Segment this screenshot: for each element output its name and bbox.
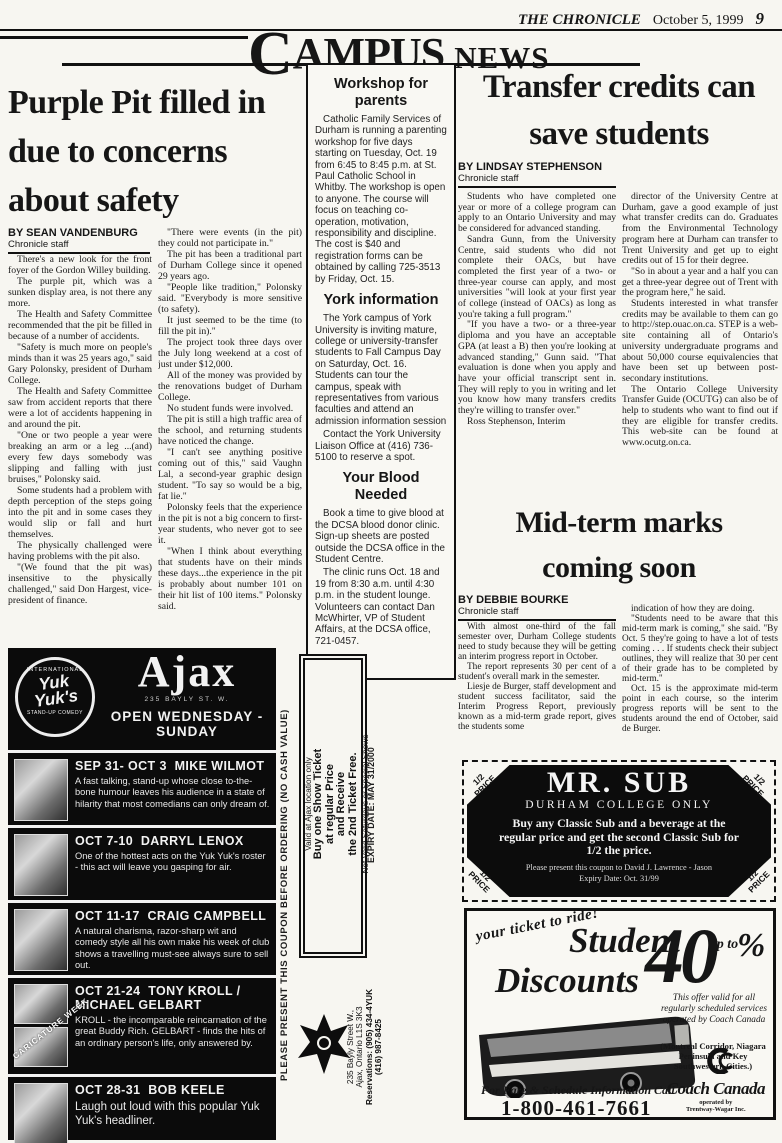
paragraph: Polonsky feels that the experience in th…: [158, 502, 302, 546]
coach-phone-number: 1-800-461-7661: [501, 1096, 651, 1120]
comedian-photo: [14, 759, 68, 821]
notice-title-york: York information: [315, 292, 447, 309]
paragraph: All of the money was provided by the ren…: [158, 370, 302, 403]
paragraph: "People like tradition," Polonsky said. …: [158, 282, 302, 315]
article-headline-purple-pit: Purple Pit filled in due to concerns abo…: [8, 78, 310, 225]
coach-canada-logo-icon: [695, 1048, 737, 1074]
lineup-name: MIKE WILMOT: [175, 759, 265, 773]
lineup-blurb: KROLL - the incomparable reincarnation o…: [75, 1015, 270, 1049]
article-headline-transfer: Transfer credits can save students: [460, 64, 778, 158]
paragraph: Oct. 15 is the approximate mid-term poin…: [622, 684, 778, 734]
coupon-offer-line-3: and Receive: [336, 660, 348, 948]
notice-title-blood: Your Blood Needed: [315, 470, 447, 504]
lineup-row: OCT 7-10 DARRYL LENOX One of the hottest…: [8, 828, 276, 903]
paragraph: Contact the York University Liaison Offi…: [315, 429, 447, 463]
paragraph: Ross Stephenson, Interim: [458, 417, 616, 428]
paragraph: Book a time to give blood at the DCSA bl…: [315, 508, 447, 565]
paragraph: The physically challenged were having pr…: [8, 540, 152, 562]
reservations-line-2: (416) 987-8425: [374, 956, 383, 1138]
purple-pit-column-1: There's a new look for the front foyer o…: [8, 254, 152, 646]
paragraph: Students who have completed one year or …: [458, 192, 616, 235]
lineup-text: SEP 31- OCT 3 MIKE WILMOT A fast talking…: [75, 759, 270, 821]
paragraph: The pit has been a traditional part of D…: [158, 249, 302, 282]
byline-author: BY SEAN VANDENBURG: [8, 227, 150, 239]
lineup-blurb: Laugh out loud with this popular Yuk Yuk…: [75, 1100, 270, 1128]
address-content: 235 Bayly Street W., Ajax, Ontario L1S 3…: [346, 956, 382, 1138]
coupon-present-notice: PLEASE PRESENT THIS COUPON BEFORE ORDERI…: [279, 652, 296, 1138]
coach-operated-by: operated by: [667, 1099, 765, 1106]
byline-credit: Chronicle staff: [458, 173, 616, 184]
yukyuks-ad: INTERNATIONAL Yuk Yuk's STAND-UP COMEDY …: [8, 648, 276, 1140]
comedian-photo: [14, 909, 68, 971]
coach-percent-block: % 40: [645, 911, 775, 1001]
notice-body-workshop: Catholic Family Services of Durham is ru…: [315, 114, 447, 285]
lineup-title: OCT 21-24 TONY KROLL / MICHAEL GELBART: [75, 984, 270, 1012]
paragraph: "I can't see anything positive coming ou…: [158, 447, 302, 502]
paragraph: "One or two people a year were breaking …: [8, 430, 152, 485]
comedian-photo: [14, 1083, 68, 1143]
byline-credit: Chronicle staff: [458, 606, 616, 617]
coach-valid-text: This offer valid for all regularly sched…: [655, 993, 773, 1026]
paragraph: There's a new look for the front foyer o…: [8, 254, 152, 276]
paragraph: Sandra Gunn, from the University Centre,…: [458, 235, 616, 321]
reservations-line-1: Reservations: (905) 434-4YUK: [365, 956, 374, 1138]
issue-date: October 5, 1999: [653, 13, 744, 29]
article-headline-midterm: Mid-term marks coming soon: [468, 500, 770, 590]
lineup-row: SEP 31- OCT 3 MIKE WILMOT A fast talking…: [8, 753, 276, 828]
lineup-row: OCT 11-17 CRAIG CAMPBELL A natural chari…: [8, 903, 276, 978]
mrsub-present-line: Please present this coupon to David J. L…: [467, 863, 771, 872]
purple-pit-column-2: "There were events (in the pit) they cou…: [158, 227, 302, 646]
midterm-column-2: indication of how they are doing."Studen…: [622, 604, 778, 756]
paragraph: The project took three days over the Jul…: [158, 337, 302, 370]
notice-title-workshop: Workshop for parents: [315, 76, 447, 110]
paragraph: The pit is still a high traffic area of …: [158, 414, 302, 447]
venue-address-small: 235 BAYLY ST. W.: [103, 696, 271, 703]
coupon-expiry-text: EXPIRY DATE: MAY 31/2000: [366, 656, 381, 954]
byline-author: BY DEBBIE BOURKE: [458, 594, 616, 606]
transfer-column-2: director of the University Centre at Dur…: [622, 192, 778, 508]
paragraph: "Students need to be aware that this mid…: [622, 614, 778, 684]
star-burst-icon: [298, 994, 350, 1094]
paragraph: The purple pit, which was a sunken displ…: [8, 276, 152, 309]
paragraph: "There were events (in the pit) they cou…: [158, 227, 302, 249]
coach-title-discounts: Discounts: [495, 961, 639, 1001]
yukyuks-logo: INTERNATIONAL Yuk Yuk's STAND-UP COMEDY: [15, 657, 95, 737]
paragraph: indication of how they are doing.: [622, 604, 778, 614]
paragraph: "So in about a year and a half you can g…: [622, 267, 778, 299]
lineup-date: OCT 11-17: [75, 909, 140, 923]
paragraph: "(We found that the pit was) insensitive…: [8, 562, 152, 606]
byline-midterm: BY DEBBIE BOURKE Chronicle staff: [458, 594, 616, 621]
venue-name: Ajax: [103, 648, 271, 696]
byline-credit: Chronicle staff: [8, 239, 150, 250]
mrsub-ad: MR. SUB DURHAM COLLEGE ONLY Buy any Clas…: [462, 760, 776, 902]
paragraph: "Safety is much more on people's minds t…: [8, 342, 152, 386]
coach-brand-name: Coach Canada: [667, 1079, 765, 1099]
mrsub-expiry: Expiry Date: Oct. 31/99: [467, 874, 771, 883]
lineup-blurb: One of the hottest acts on the Yuk Yuk's…: [75, 851, 270, 874]
paper-title: THE CHRONICLE: [518, 12, 641, 29]
lineup-title: SEP 31- OCT 3 MIKE WILMOT: [75, 759, 270, 773]
coupon-offer-line-1: Buy one Show Ticket: [313, 660, 325, 948]
masthead: THE CHRONICLE October 5, 1999 9: [518, 9, 764, 29]
address-line-1: 235 Bayly Street W.,: [346, 956, 355, 1138]
lineup-blurb: A natural charisma, razor-sharp wit and …: [75, 926, 270, 971]
transfer-column-1: Students who have completed one year or …: [458, 192, 616, 508]
paragraph: The report represents 30 per cent of a s…: [458, 662, 616, 682]
mrsub-ad-panel: MR. SUB DURHAM COLLEGE ONLY Buy any Clas…: [467, 765, 771, 897]
byline-purple-pit: BY SEAN VANDENBURG Chronicle staff: [8, 227, 150, 254]
mrsub-offer: Buy any Classic Sub and a beverage at th…: [467, 817, 771, 858]
byline-transfer: BY LINDSAY STEPHENSON Chronicle staff: [458, 161, 616, 188]
yukyuks-coupon: Valid at Ajax location only Buy one Show…: [299, 654, 367, 958]
lineup-date: OCT 28-31: [75, 1083, 140, 1097]
paragraph: director of the University Centre at Dur…: [622, 192, 778, 267]
percent-number: 40: [645, 911, 715, 1001]
paragraph: It just seemed to be the time (to fill t…: [158, 315, 302, 337]
percent-sign: %: [737, 927, 765, 965]
lineup-name: DARRYL LENOX: [141, 834, 244, 848]
paragraph: The York campus of York University is in…: [315, 313, 447, 427]
paragraph: With almost one-third of the fall semest…: [458, 622, 616, 662]
yukyuks-contact-block: 235 Bayly Street W., Ajax, Ontario L1S 3…: [296, 956, 382, 1138]
lineup-row: OCT 28-31 BOB KEELE Laugh out loud with …: [8, 1077, 276, 1143]
lineup-title: OCT 28-31 BOB KEELE: [75, 1083, 270, 1097]
yukyuks-ad-header: INTERNATIONAL Yuk Yuk's STAND-UP COMEDY …: [8, 648, 276, 753]
lineup-row-caricature-week: CARICATURE WEEK OCT 21-24 TONY KROLL / M…: [8, 978, 276, 1077]
coupon-present-text: PLEASE PRESENT THIS COUPON BEFORE ORDERI…: [279, 652, 296, 1138]
lineup-text: OCT 7-10 DARRYL LENOX One of the hottest…: [75, 834, 270, 896]
lineup-name: BOB KEELE: [148, 1083, 225, 1097]
logo-name-text: Yuk Yuk's: [16, 670, 94, 712]
open-days: OPEN WEDNESDAY - SUNDAY: [103, 709, 271, 739]
paragraph: No student funds were involved.: [158, 403, 302, 414]
lineup-date: OCT 7-10: [75, 834, 133, 848]
yukyuks-venue-block: Ajax 235 BAYLY ST. W. OPEN WEDNESDAY - S…: [103, 648, 271, 750]
lineup-title: OCT 7-10 DARRYL LENOX: [75, 834, 270, 848]
lineup-name: CRAIG CAMPBELL: [148, 909, 267, 923]
paragraph: The clinic runs Oct. 18 and 19 from 8:30…: [315, 567, 447, 647]
paragraph: The Health and Safety Committee saw from…: [8, 386, 152, 430]
byline-author: BY LINDSAY STEPHENSON: [458, 161, 616, 173]
paragraph: The Health and Safety Committee recommen…: [8, 309, 152, 342]
lineup-text: OCT 11-17 CRAIG CAMPBELL A natural chari…: [75, 909, 270, 971]
comedian-photo: [14, 834, 68, 896]
lineup-date: SEP 31- OCT 3: [75, 759, 167, 773]
lineup-blurb: A fast talking, stand-up whose close to-…: [75, 776, 270, 810]
comedian-photos: [14, 984, 68, 1070]
lineup-title: OCT 11-17 CRAIG CAMPBELL: [75, 909, 270, 923]
paragraph: Liesje de Burger, staff development and …: [458, 682, 616, 732]
page-number: 9: [756, 9, 765, 29]
mrsub-title: MR. SUB: [467, 765, 771, 799]
newspaper-page: THE CHRONICLE October 5, 1999 9 CAMPUSNE…: [0, 0, 782, 1143]
coupon-offer-line-4: the 2nd Ticket Free.: [348, 660, 360, 948]
paragraph: The Ontario College University Transfer …: [622, 385, 778, 449]
paragraph: Some students had a problem with depth p…: [8, 485, 152, 540]
address-line-2: Ajax, Ontario L1S 3K3: [355, 956, 364, 1138]
paragraph: Students interested in what transfer cre…: [622, 299, 778, 385]
paragraph: "If you have a two- or a three-year dipl…: [458, 320, 616, 416]
notice-body-blood: Book a time to give blood at the DCSA bl…: [315, 508, 447, 647]
mrsub-subtitle: DURHAM COLLEGE ONLY: [467, 799, 771, 812]
coupon-content: Valid at Ajax location only Buy one Show…: [303, 660, 359, 948]
coupon-expiry: EXPIRY DATE: MAY 31/2000: [366, 656, 381, 954]
paragraph: Catholic Family Services of Durham is ru…: [315, 114, 447, 285]
address-strip: 235 Bayly Street W., Ajax, Ontario L1S 3…: [346, 956, 382, 1138]
banner-left-rule: [0, 36, 248, 39]
coach-canada-ad: your ticket to ride! Student up to % 40 …: [464, 908, 776, 1120]
coach-brand-block: Coach Canada operated by Trentway-Wagar …: [667, 1048, 765, 1113]
coach-operator-name: Trentway-Wagar Inc.: [667, 1106, 765, 1113]
lineup-text: OCT 21-24 TONY KROLL / MICHAEL GELBART K…: [75, 984, 270, 1070]
paragraph: "When I think about everything that stud…: [158, 546, 302, 612]
logo-ring-bottom-text: STAND-UP COMEDY: [18, 710, 92, 716]
notice-body-york: The York campus of York University is in…: [315, 313, 447, 463]
campus-notices-box: Workshop for parents Catholic Family Ser…: [306, 63, 456, 680]
lineup-text: OCT 28-31 BOB KEELE Laugh out loud with …: [75, 1083, 270, 1143]
